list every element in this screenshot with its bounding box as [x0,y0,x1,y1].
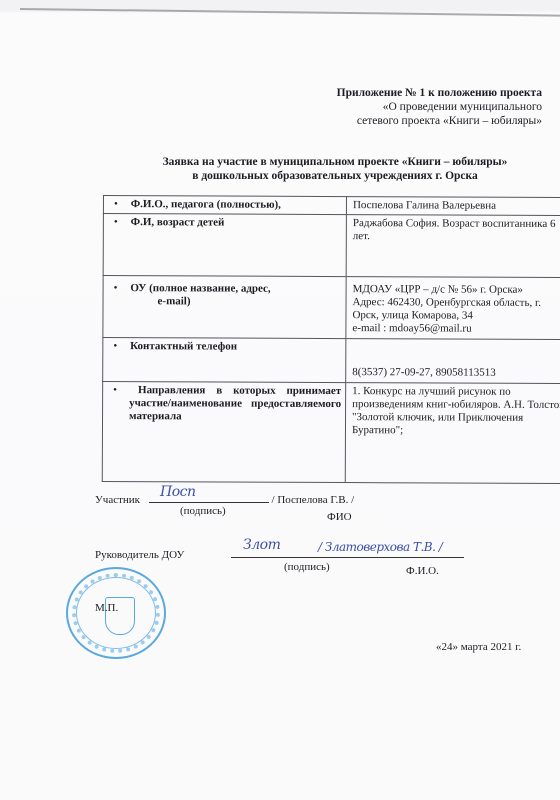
bullet-icon: • [114,216,128,229]
institution-email: e-mail : mdoay56@mail.ru [352,322,560,336]
participant-caption-fio: ФИО [327,511,352,524]
head-signature: Злот [243,537,280,553]
institution-name: МДОАУ «ЦРР – д/с № 56» г. Орска» [353,283,560,297]
participant-fio: / Поспелова Г.В. / [272,494,355,506]
appendix-line-3: сетевого проекта «Книги – юбиляры» [282,114,542,128]
participant-caption-signature: (подпись) [180,505,226,518]
head-label: Руководитель ДОУ [95,549,184,561]
document-title: Заявка на участие в муниципальном проект… [150,156,520,183]
document-date: «24» марта 2021 г. [436,641,521,653]
head-fio-handwritten: / Златоверхова Т.В. / [318,540,442,554]
bullet-icon: • [114,198,128,211]
label-child-name-age: • Ф.И, возраст детей [103,214,346,277]
table-row-institution: • ОУ (полное название, адрес, e-mail) МД… [103,276,560,340]
label-directions: • Направления в которых принимает участи… [102,382,345,483]
bullet-icon: • [114,282,128,295]
appendix-header: Приложение № 1 к положению проекта «О пр… [282,86,542,128]
title-line-1: Заявка на участие в муниципальном проект… [150,156,520,170]
value-teacher-name: Поспелова Галина Валерьевна [346,197,560,216]
label-teacher-name: • Ф.И.О., педагога (полностью), [103,196,346,215]
value-phone: 8(3537) 27-09-27, 89058113513 [346,339,560,384]
appendix-line-2: «О проведении муниципального [282,100,542,114]
scanned-page: Приложение № 1 к положению проекта «О пр… [0,0,560,800]
head-signature-row: Руководитель ДОУ [95,545,335,562]
institution-address: Адрес: 462430, Оренбургская область, г. … [352,296,560,323]
value-institution: МДОАУ «ЦРР – д/с № 56» г. Орска» Адрес: … [346,277,560,340]
participant-signature: Посп [160,484,196,500]
scan-page-edge [20,8,560,17]
table-row-directions: • Направления в которых принимает участи… [102,382,560,484]
value-directions: 1. Конкурс на лучший рисунок по произвед… [345,383,560,484]
stamp-place-label: М.П. [95,602,118,614]
label-institution: • ОУ (полное название, адрес, e-mail) [103,276,346,339]
appendix-line-1: Приложение № 1 к положению проекта [282,86,542,100]
value-child-name-age: Раджабова София. Возраст воспитанника 6 … [346,215,560,278]
label-phone: • Контактный телефон [103,338,346,383]
participant-label: Участник [95,494,140,506]
head-fio-line [318,557,464,558]
application-form-table: • Ф.И.О., педагога (полностью), Поспелов… [102,195,560,484]
bullet-icon: • [113,340,127,353]
table-row-child: • Ф.И, возраст детей Раджабова София. Во… [103,214,560,278]
table-row-teacher: • Ф.И.О., педагога (полностью), Поспелов… [103,196,560,216]
head-caption-signature: (подпись) [284,561,330,574]
head-caption-fio: Ф.И.О. [406,565,439,578]
title-line-2: в дошкольных образовательных учреждениях… [150,170,520,184]
table-row-phone: • Контактный телефон 8(3537) 27-09-27, 8… [103,338,560,384]
bullet-icon: • [113,384,127,397]
